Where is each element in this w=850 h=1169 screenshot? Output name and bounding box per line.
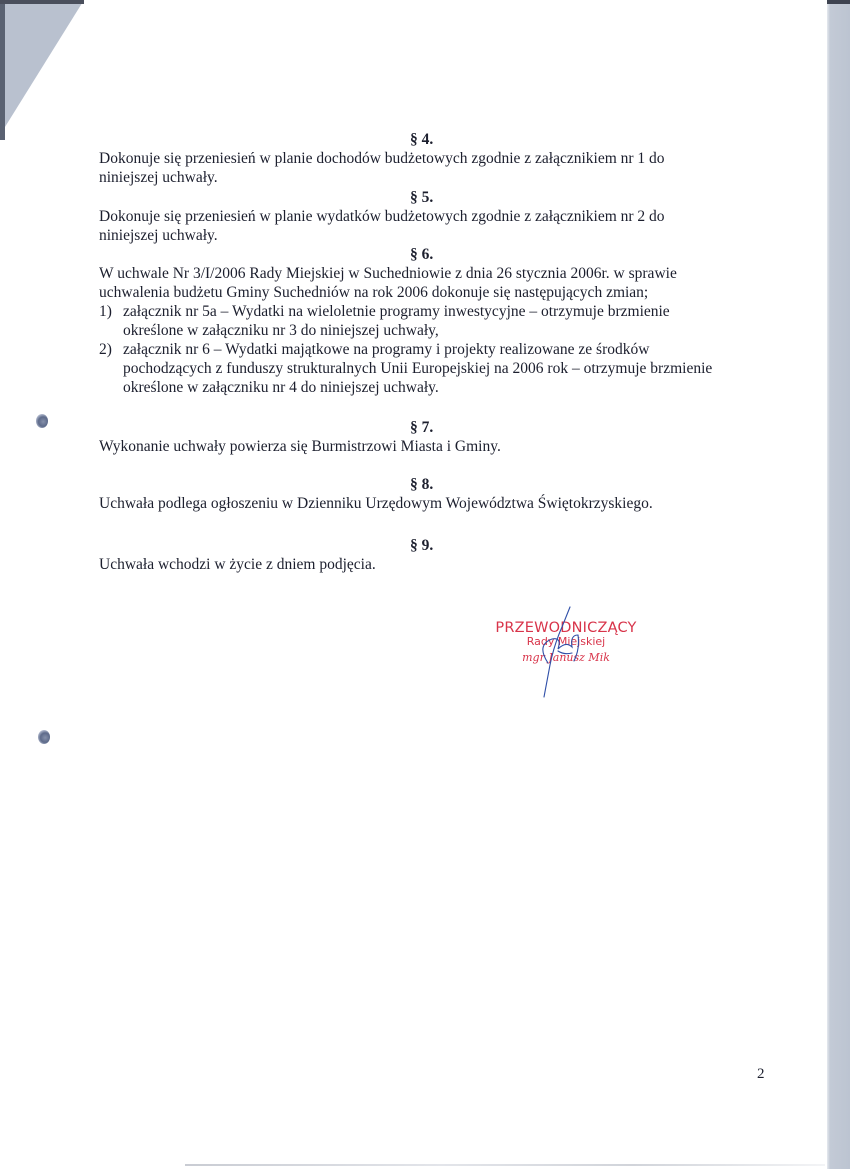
text-line: Wykonanie uchwały powierza się Burmistrz…: [99, 437, 779, 456]
scan-edge-left: [0, 0, 5, 140]
section-9-heading: § 9.: [410, 536, 433, 555]
punch-hole-icon: [38, 730, 50, 744]
text-line: określone w załączniku nr 3 do niniejsze…: [123, 321, 779, 340]
text-line: Uchwała wchodzi w życie z dniem podjęcia…: [99, 555, 779, 574]
scan-edge-bottom: [185, 1164, 825, 1166]
text-line: określone w załączniku nr 4 do niniejsze…: [123, 378, 779, 397]
section-9-body: Uchwała wchodzi w życie z dniem podjęcia…: [99, 555, 779, 574]
scan-edge-top: [0, 0, 84, 4]
folded-corner: [0, 0, 84, 135]
text-line: Uchwała podlega ogłoszeniu w Dzienniku U…: [99, 494, 779, 513]
section-4-heading: § 4.: [410, 130, 433, 149]
section-6-heading: § 6.: [410, 245, 433, 264]
text-line: niniejszej uchwały.: [99, 226, 779, 245]
list-number: 1): [99, 302, 112, 321]
list-item: 1) załącznik nr 5a – Wydatki na wielolet…: [99, 302, 779, 340]
section-5-heading: § 5.: [410, 188, 433, 207]
text-line: uchwalenia budżetu Gminy Suchedniów na r…: [99, 283, 779, 302]
text-line: pochodzących z funduszy strukturalnych U…: [123, 359, 779, 378]
punch-hole-icon: [36, 414, 48, 428]
text-line: załącznik nr 6 – Wydatki majątkowe na pr…: [123, 340, 779, 359]
signature-icon: [500, 605, 630, 700]
text-line: Dokonuje się przeniesień w planie wydatk…: [99, 207, 779, 226]
page-number: 2: [757, 1066, 765, 1083]
list-item: 2) załącznik nr 6 – Wydatki majątkowe na…: [99, 340, 779, 397]
scan-edge-right-top: [827, 0, 850, 4]
text-line: W uchwale Nr 3/I/2006 Rady Miejskiej w S…: [99, 264, 779, 283]
section-5-body: Dokonuje się przeniesień w planie wydatk…: [99, 207, 779, 245]
scanned-page: § 4. Dokonuje się przeniesień w planie d…: [0, 0, 850, 1169]
text-line: Dokonuje się przeniesień w planie dochod…: [99, 149, 779, 168]
scan-edge-right: [827, 0, 850, 1169]
section-7-heading: § 7.: [410, 418, 433, 437]
text-line: załącznik nr 5a – Wydatki na wieloletnie…: [123, 302, 779, 321]
section-7-body: Wykonanie uchwały powierza się Burmistrz…: [99, 437, 779, 456]
text-line: niniejszej uchwały.: [99, 168, 779, 187]
section-4-body: Dokonuje się przeniesień w planie dochod…: [99, 149, 779, 187]
section-8-heading: § 8.: [410, 475, 433, 494]
list-number: 2): [99, 340, 112, 359]
section-8-body: Uchwała podlega ogłoszeniu w Dzienniku U…: [99, 494, 779, 513]
section-6-body: W uchwale Nr 3/I/2006 Rady Miejskiej w S…: [99, 264, 779, 397]
